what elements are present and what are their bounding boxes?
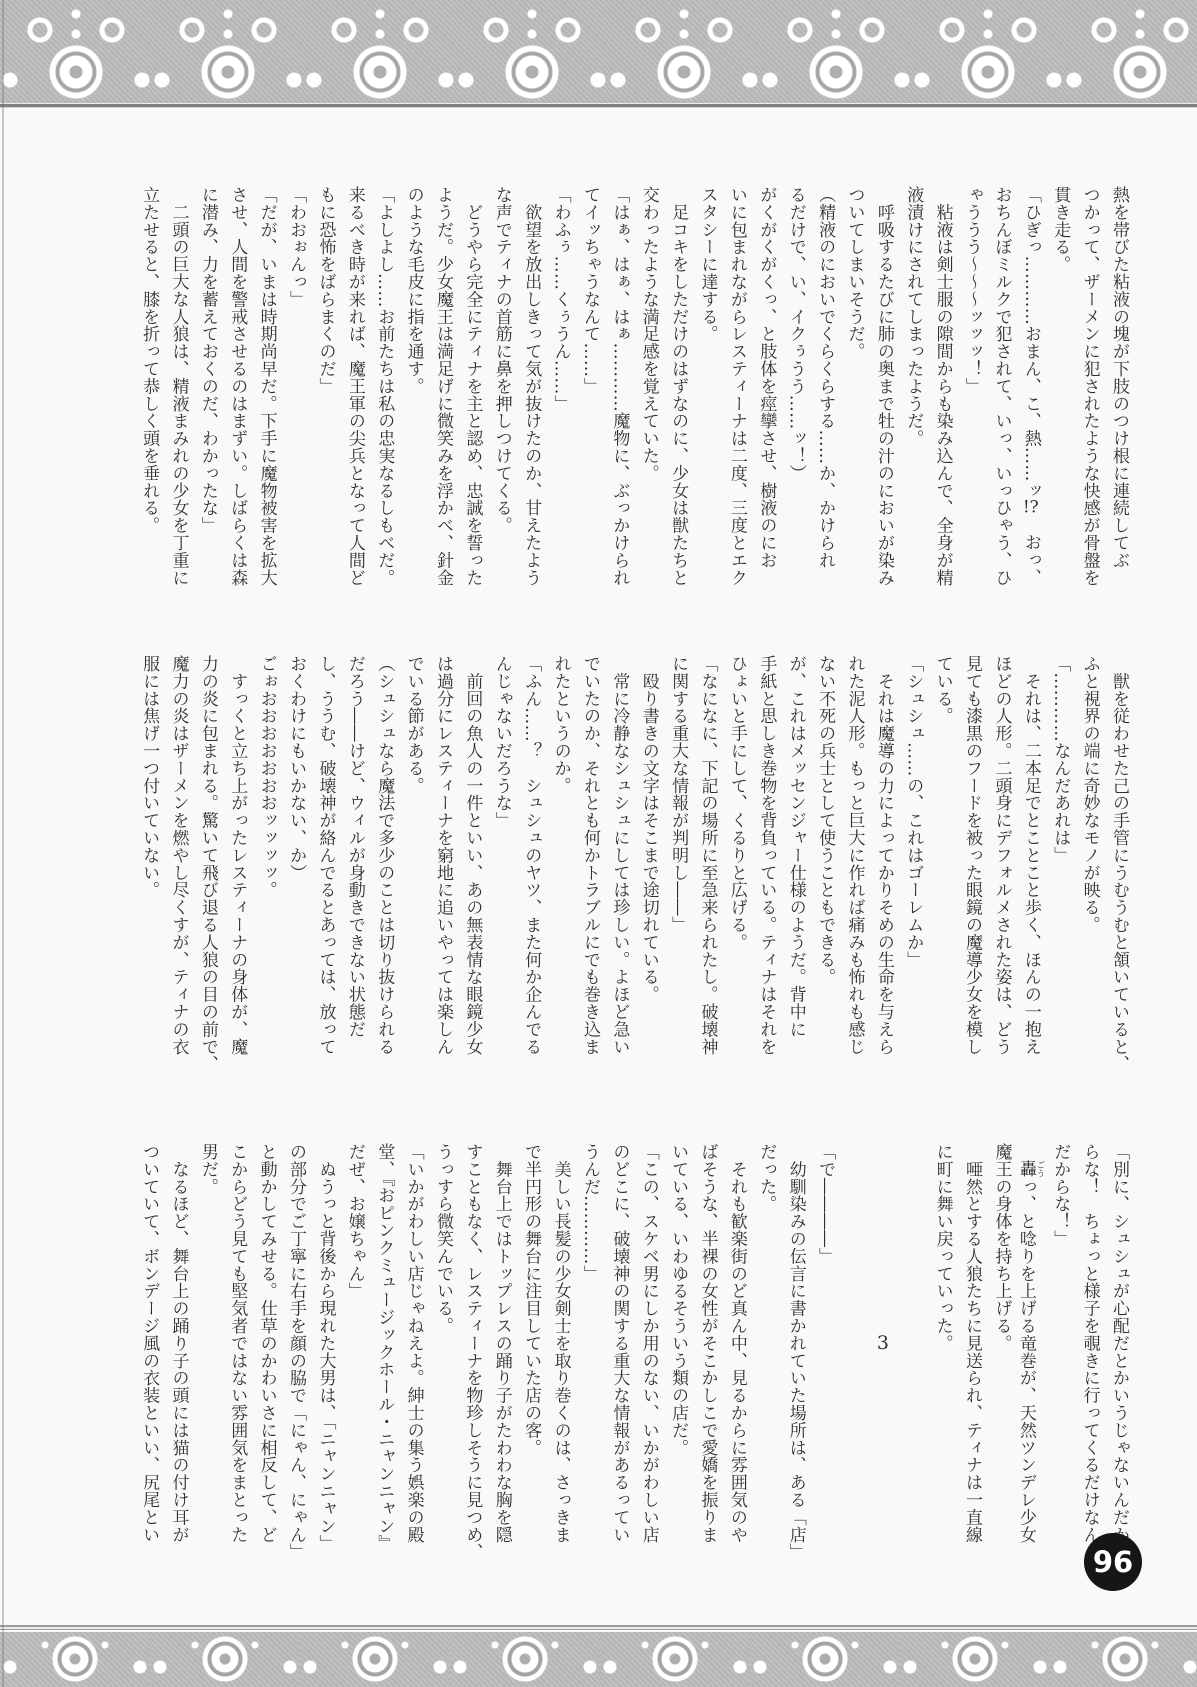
top-ornament-border — [0, 0, 1197, 103]
text-column: でいたのか、それとも何かトラブルにでも巻き込ま — [575, 655, 604, 1053]
text-column: ふと視界の端に奇妙なモノが映る。 — [1074, 655, 1103, 1053]
page-number-badge: 96 — [1084, 1533, 1142, 1591]
text-column: るだけで、い、イクぅうう……ッ！） — [780, 186, 809, 584]
text-column: すっくと立ち上がったレスティーナの身体が、魔 — [222, 655, 251, 1053]
text-column: 前回の魚人の一件といい、あの無表情な眼鏡少女 — [457, 655, 486, 1053]
text-column: 「ふん……？ シュシュのヤツ、また何か企んでる — [516, 655, 545, 1053]
text-column: 美しい長髪の少女剣士を取り巻くのは、さっきま — [545, 1143, 574, 1543]
text-column: ぬうっと背後から現れた大男は、「ニャンニャン」 — [310, 1143, 339, 1543]
section-number: 3 — [839, 1143, 927, 1543]
text-column: 貫き走る。 — [1045, 186, 1074, 584]
text-column: すこともなく、レスティーナを物珍しそうに見つめ、 — [457, 1143, 486, 1543]
text-column: 液漬けにされてしまったようだ。 — [898, 186, 927, 584]
text-column: と動かしてみせる。仕草のかわいさに相反して、ど — [251, 1143, 280, 1543]
text-column: ない不死の兵士として使うこともできる。 — [810, 655, 839, 1053]
text-column: 殴り書きの文字はそこまで途切れている。 — [633, 655, 662, 1053]
bottom-ornament-border — [0, 1632, 1197, 1687]
text-column: 見ても漆黒のフードを被った眼鏡の魔導少女を模し — [957, 655, 986, 1053]
page-number: 96 — [1093, 1545, 1133, 1579]
text-column: だった。 — [751, 1143, 780, 1543]
text-column: で半円形の舞台に注目していた店の客。 — [516, 1143, 545, 1543]
text-column: いている、いわゆるそういう類の店だ。 — [663, 1143, 692, 1543]
text-column: に潜み、力を蓄えておくのだ、わかったな」 — [193, 186, 222, 584]
text-column: 舞台上ではトップレスの踊り子がたわわな胸を隠 — [486, 1143, 515, 1543]
text-column: らな！ ちょっと様子を覗きに行ってくるだけなん — [1074, 1143, 1103, 1543]
text-column: れたというのか。 — [545, 655, 574, 1053]
text-column: ほどの人形。二頭身にデフォルメされた姿は、どう — [986, 655, 1015, 1053]
text-column: のような毛皮に指を通す。 — [398, 186, 427, 584]
top-rule — [0, 103, 1197, 110]
text-column: 「シュシュ……の、これはゴーレムか」 — [898, 655, 927, 1053]
text-column: 轟ごうっ、と唸りを上げる竜巻が、天然ツンデレ少女 — [1015, 1143, 1044, 1543]
text-column: 来るべき時が来れば、魔王軍の尖兵となって人間ど — [339, 186, 368, 584]
text-column: ついていて、ボンデージ風の衣装といい、尻尾とい — [134, 1143, 163, 1543]
text-column: 足コキをしただけのはずなのに、少女は獣たちと — [663, 186, 692, 584]
text-column: 「いかがわしい店じゃねえよ。紳士の集う娯楽の殿 — [398, 1143, 427, 1543]
text-column: ごぉおおおおおおおッッッッ。 — [251, 655, 280, 1053]
text-column: 「なになに、下記の場所に至急来られたし。破壊神 — [692, 655, 721, 1053]
text-column: 「はぁ、はぁ、はぁ…………魔物に、ぶっかけられ — [604, 186, 633, 584]
text-column: させ、人間を警戒させるのはまずい。しばらくは森 — [222, 186, 251, 584]
text-column: 「ひぎっ…………おまん、こ、熱……ッ!? おっ、 — [1015, 186, 1044, 584]
text-column: おちんぼミルクで犯されて、いっ、いっひゃう、ひ — [986, 186, 1015, 584]
text-column: 「別に、シュシュが心配だとかいうじゃないんだか — [1104, 1143, 1133, 1543]
text-column: それは魔導の力によってかりそめの生命を与えら — [868, 655, 897, 1053]
text-column: んじゃないだろうな」 — [486, 655, 515, 1053]
text-column: がくがくがくっ、と肢体を痙攣させ、樹液のにお — [751, 186, 780, 584]
text-column: に関する重大な情報が判明し――」 — [663, 655, 692, 1053]
text-column: 獣を従わせた己の手管にうむうむと頷いていると、 — [1104, 655, 1133, 1053]
text-column: 「この、スケベ男にしか用のない、いかがわしい店 — [633, 1143, 662, 1543]
text-column: 「だが、いまは時期尚早だ。下手に魔物被害を拡大 — [251, 186, 280, 584]
text-band-1: 熱を帯びた粘液の塊が下肢のつけ根に連続してぶつかって、ザーメンに犯されたような快… — [132, 186, 1133, 584]
text-column: ようだ。少女魔王は満足げに微笑みを浮かべ、針金 — [428, 186, 457, 584]
text-column: 粘液は剣士服の隙間からも染み込んで、全身が精 — [927, 186, 956, 584]
text-column: の部分でご丁寧に右手を顔の脇で「にゃん、にゃん」 — [281, 1143, 310, 1543]
text-column: てイッちゃうなんて……」 — [575, 186, 604, 584]
text-column: つかって、ザーメンに犯されたような快感が骨盤を — [1074, 186, 1103, 584]
book-page: 熱を帯びた粘液の塊が下肢のつけ根に連続してぶつかって、ザーメンに犯されたような快… — [0, 0, 1197, 1687]
text-column: 唖然とする人狼たちに見送られ、ティナは一直線 — [957, 1143, 986, 1543]
text-column: ついてしまいそうだ。 — [839, 186, 868, 584]
text-column: 常に冷静なシュシュにしては珍しい。よほど急い — [604, 655, 633, 1053]
text-column: な声でティナの首筋に鼻を押しつけてくる。 — [486, 186, 515, 584]
text-band-2: 獣を従わせた己の手管にうむうむと頷いていると、ふと視界の端に奇妙なモノが映る。「… — [132, 655, 1133, 1053]
text-column: のどこに、破壊神の関する重大な情報があるってい — [604, 1143, 633, 1543]
text-column: だろう――けど、ウィルが身動きできない状態だ — [339, 655, 368, 1053]
text-column: 男だ。 — [192, 1143, 221, 1543]
text-column: 呼吸するたびに肺の奥まで牡の汁のにおいが染み — [868, 186, 897, 584]
text-column: 堂、『おピンクミュージックホール・ニャンニャン』 — [369, 1143, 398, 1543]
text-band-3: 「別に、シュシュが心配だとかいうじゃないんだからな！ ちょっと様子を覗きに行って… — [132, 1143, 1133, 1543]
text-column: 服には焦げ一つ付いていない。 — [134, 655, 163, 1053]
text-column: に町に舞い戻っていった。 — [927, 1143, 956, 1543]
text-column: どうやら完全にティナを主と認め、忠誠を誓った — [457, 186, 486, 584]
text-column: 魔力の炎はザーメンを燃やし尽くすが、ティナの衣 — [163, 655, 192, 1053]
text-column: 「よしよし……お前たちは私の忠実なるしもべだ。 — [369, 186, 398, 584]
text-column: スタシーに達する。 — [692, 186, 721, 584]
text-column: れた泥人形。もっと巨大に作れば痛みも怖れも感じ — [839, 655, 868, 1053]
text-column: が、これはメッセンジャー仕様のようだ。背中に — [780, 655, 809, 1053]
text-column: こからどう見ても堅気者ではない雰囲気をまとった — [222, 1143, 251, 1543]
text-column: 力の炎に包まれる。驚いて飛び退る人狼の目の前で、 — [193, 655, 222, 1053]
text-column: ゃううう～～～ッッッ！」 — [957, 186, 986, 584]
text-column: だからな！」 — [1045, 1143, 1074, 1543]
text-column: でいる節がある。 — [398, 655, 427, 1053]
text-column: もに恐怖をばらまくのだ」 — [310, 186, 339, 584]
text-column: は過分にレスティーナを窮地に追いやっては楽しん — [428, 655, 457, 1053]
text-column: 立たせると、膝を折って恭しく頭を垂れる。 — [134, 186, 163, 584]
text-column: 「で――――」 — [810, 1143, 839, 1543]
text-column: 交わったような満足感を覚えていた。 — [633, 186, 662, 584]
text-column: いに包まれながらレスティーナは二度、三度とエク — [722, 186, 751, 584]
text-column: （シュシュなら魔法で多少のことは切り抜けられる — [369, 655, 398, 1053]
text-column: うっすら微笑んでいる。 — [428, 1143, 457, 1543]
text-column: （精液のにおいでくらくらする……か、かけられ — [810, 186, 839, 584]
text-column: 「わおぉんっ」 — [281, 186, 310, 584]
text-column: それも歓楽街のど真ん中、見るからに雰囲気のや — [722, 1143, 751, 1543]
text-column: 二頭の巨大な人狼は、精液まみれの少女を丁重に — [163, 186, 192, 584]
text-column: ばそうな、半裸の女性がそこかしこで愛嬌を振りま — [692, 1143, 721, 1543]
text-column: だぜ、お嬢ちゃん」 — [339, 1143, 368, 1543]
text-column: 「わふぅ……くぅうん……」 — [545, 186, 574, 584]
text-column: なるほど、舞台上の踊り子の頭には猫の付け耳が — [163, 1143, 192, 1543]
text-column: 欲望を放出しきって気が抜けたのか、甘えたよう — [516, 186, 545, 584]
exclamation-question-tatechuyoko: !? — [1021, 499, 1041, 516]
text-column: ひょいと手にして、くるりと広げる。 — [722, 655, 751, 1053]
text-column: し、ううむ、破壊神が絡んでるとあっては、放って — [310, 655, 339, 1053]
text-column: 手紙と思しき巻物を背負っている。ティナはそれを — [751, 655, 780, 1053]
text-column: 熱を帯びた粘液の塊が下肢のつけ根に連続してぶ — [1104, 186, 1133, 584]
text-column: うんだ…………」 — [575, 1143, 604, 1543]
bottom-rule — [0, 1625, 1197, 1632]
furigana-ruby: 轟ごう — [1016, 1160, 1036, 1177]
text-column: 「…………なんだあれは」 — [1045, 655, 1074, 1053]
text-column: 幼馴染みの伝言に書かれていた場所は、ある「店」 — [780, 1143, 809, 1543]
text-column: それは、二本足でとことこと歩く、ほんの一抱え — [1015, 655, 1044, 1053]
text-column: おくわけにもいかない、か） — [281, 655, 310, 1053]
text-column: ている。 — [927, 655, 956, 1053]
